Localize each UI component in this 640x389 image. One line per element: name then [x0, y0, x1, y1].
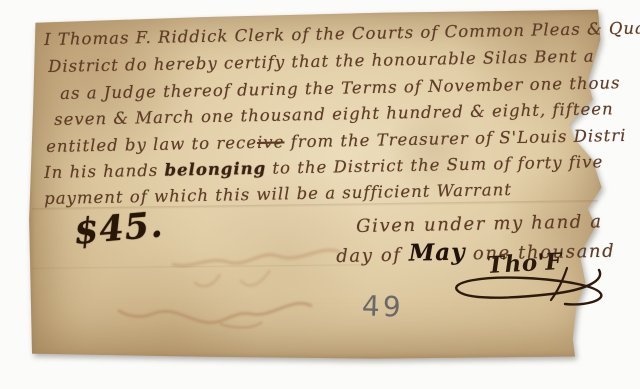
- photo-background: I Thomas F. Riddick Clerk of the Courts …: [0, 0, 640, 389]
- closing-line-date: day of May one thousand: [336, 236, 615, 268]
- date-line-text: day of: [336, 245, 409, 267]
- month-word: May: [409, 239, 466, 267]
- line-6-text: In his hands: [44, 161, 165, 182]
- amount-figure: $45.: [72, 204, 164, 253]
- overwritten-word: belonging: [164, 159, 266, 180]
- struck-out-word: ive: [257, 132, 285, 152]
- signature-flourish: [447, 266, 607, 324]
- pencil-number: 49: [361, 289, 404, 323]
- line-5-text: entitled by law to rece: [46, 133, 257, 156]
